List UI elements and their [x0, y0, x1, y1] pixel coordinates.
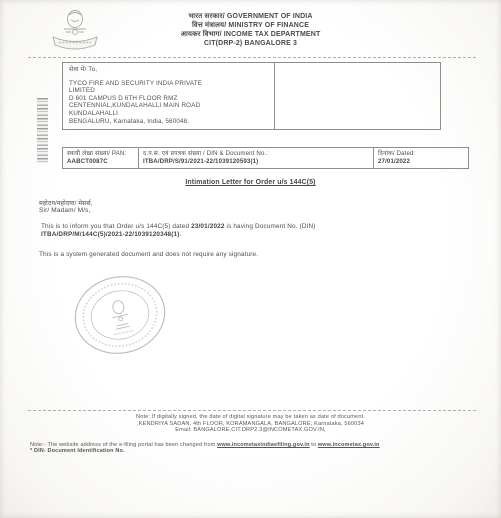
- date-value: 27/01/2022: [378, 158, 464, 166]
- din-definition-footnote: * DIN- Document Identification No.: [30, 448, 125, 454]
- din-label: द.प.सं. एवं प्रपत्रक संख्या / DIN & Docu…: [143, 150, 369, 158]
- address-line: LIMITED: [69, 87, 268, 95]
- para-text: .: [180, 231, 182, 238]
- para-text: is having Document No. (DIN): [225, 223, 316, 230]
- body-paragraph: This is to inform you that Order u/s 144…: [41, 223, 455, 238]
- old-efiling-url: www.incometaxindiaefiling.gov.in: [217, 442, 310, 448]
- din-value: ITBA/DRP/S/91/2021-22/1039120593(1): [143, 158, 369, 166]
- salutation-hindi: महोदय/महोदया/ मेसर्स,: [39, 198, 93, 207]
- din-cell: द.प.सं. एवं प्रपत्रक संख्या / DIN & Docu…: [139, 148, 374, 168]
- new-efiling-url: www.incometax.gov.in: [318, 442, 380, 448]
- date-label: दिनांक/ Dated:: [378, 150, 464, 158]
- footer-divider: [28, 410, 476, 411]
- address-line: CENTENNIAL,KUNDALAHALLI MAIN ROAD: [69, 102, 268, 110]
- system-generated-note: This is a system generated document and …: [39, 251, 258, 258]
- letterhead-line-govt: भारत सरकार/ GOVERNMENT OF INDIA: [0, 12, 501, 21]
- order-din: ITBA/DRP/M/144C(5)/2021-22/1039120348(1): [41, 231, 180, 238]
- barcode: [37, 98, 48, 163]
- note-text: to: [310, 442, 318, 448]
- letterhead-line-ministry: वित्त मंत्रालय/ MINISTRY OF FINANCE: [0, 21, 501, 30]
- digital-signature-note: Note: If digitally signed, the date of d…: [0, 414, 501, 421]
- header-divider: [28, 57, 476, 58]
- scanned-letter-page: भारत सरकार/ GOVERNMENT OF INDIA वित्त मं…: [0, 0, 501, 518]
- office-email: Email: BANGALORE.CIT.DRP2.3@INCOMETAX.GO…: [0, 427, 501, 434]
- to-label: सेवा में/ To,: [69, 66, 268, 74]
- date-cell: दिनांक/ Dated: 27/01/2022: [374, 148, 468, 168]
- office-address: ,KENDRIYA SADAN, 4th FLOOR, KORAMANGALA,…: [0, 421, 501, 428]
- pan-value: AABCT0087C: [67, 158, 134, 166]
- para-text: This is to inform you that Order u/s 144…: [41, 223, 191, 230]
- empty-address-cell: [275, 63, 440, 129]
- pan-label: स्थायी लेखा संख्या/ PAN:: [67, 150, 134, 158]
- pan-cell: स्थायी लेखा संख्या/ PAN: AABCT0087C: [63, 148, 139, 168]
- address-line: D 601 CAMPUS D 6TH FLOOR RMZ: [69, 95, 268, 103]
- address-line: KUNDALAHALLI: [69, 110, 268, 118]
- letterhead-line-office: CIT(DRP-2) BANGALORE 3: [0, 39, 501, 48]
- recipient-address-cell: सेवा में/ To, TYCO FIRE AND SECURITY IND…: [63, 63, 275, 129]
- order-date: 23/01/2022: [191, 223, 224, 230]
- footer-block: Note: If digitally signed, the date of d…: [0, 414, 501, 434]
- recipient-address: TYCO FIRE AND SECURITY INDIA PRIVATE LIM…: [69, 80, 268, 126]
- address-line: BENGALURU, Karnataka, India, 560048.: [69, 118, 268, 126]
- letterhead-line-dept: आयकर विभाग/ INCOME TAX DEPARTMENT: [0, 30, 501, 39]
- letterhead: भारत सरकार/ GOVERNMENT OF INDIA वित्त मं…: [0, 12, 501, 48]
- document-info-table: स्थायी लेखा संख्या/ PAN: AABCT0087C द.प.…: [62, 147, 469, 169]
- salutation-english: Sir/ Madam/ M/s,: [39, 207, 91, 214]
- address-line: TYCO FIRE AND SECURITY INDIA PRIVATE: [69, 80, 268, 88]
- letter-title: Intimation Letter for Order u/s 144C(5): [0, 179, 501, 186]
- official-seal-stamp: [64, 264, 175, 366]
- recipient-address-box: सेवा में/ To, TYCO FIRE AND SECURITY IND…: [62, 62, 441, 130]
